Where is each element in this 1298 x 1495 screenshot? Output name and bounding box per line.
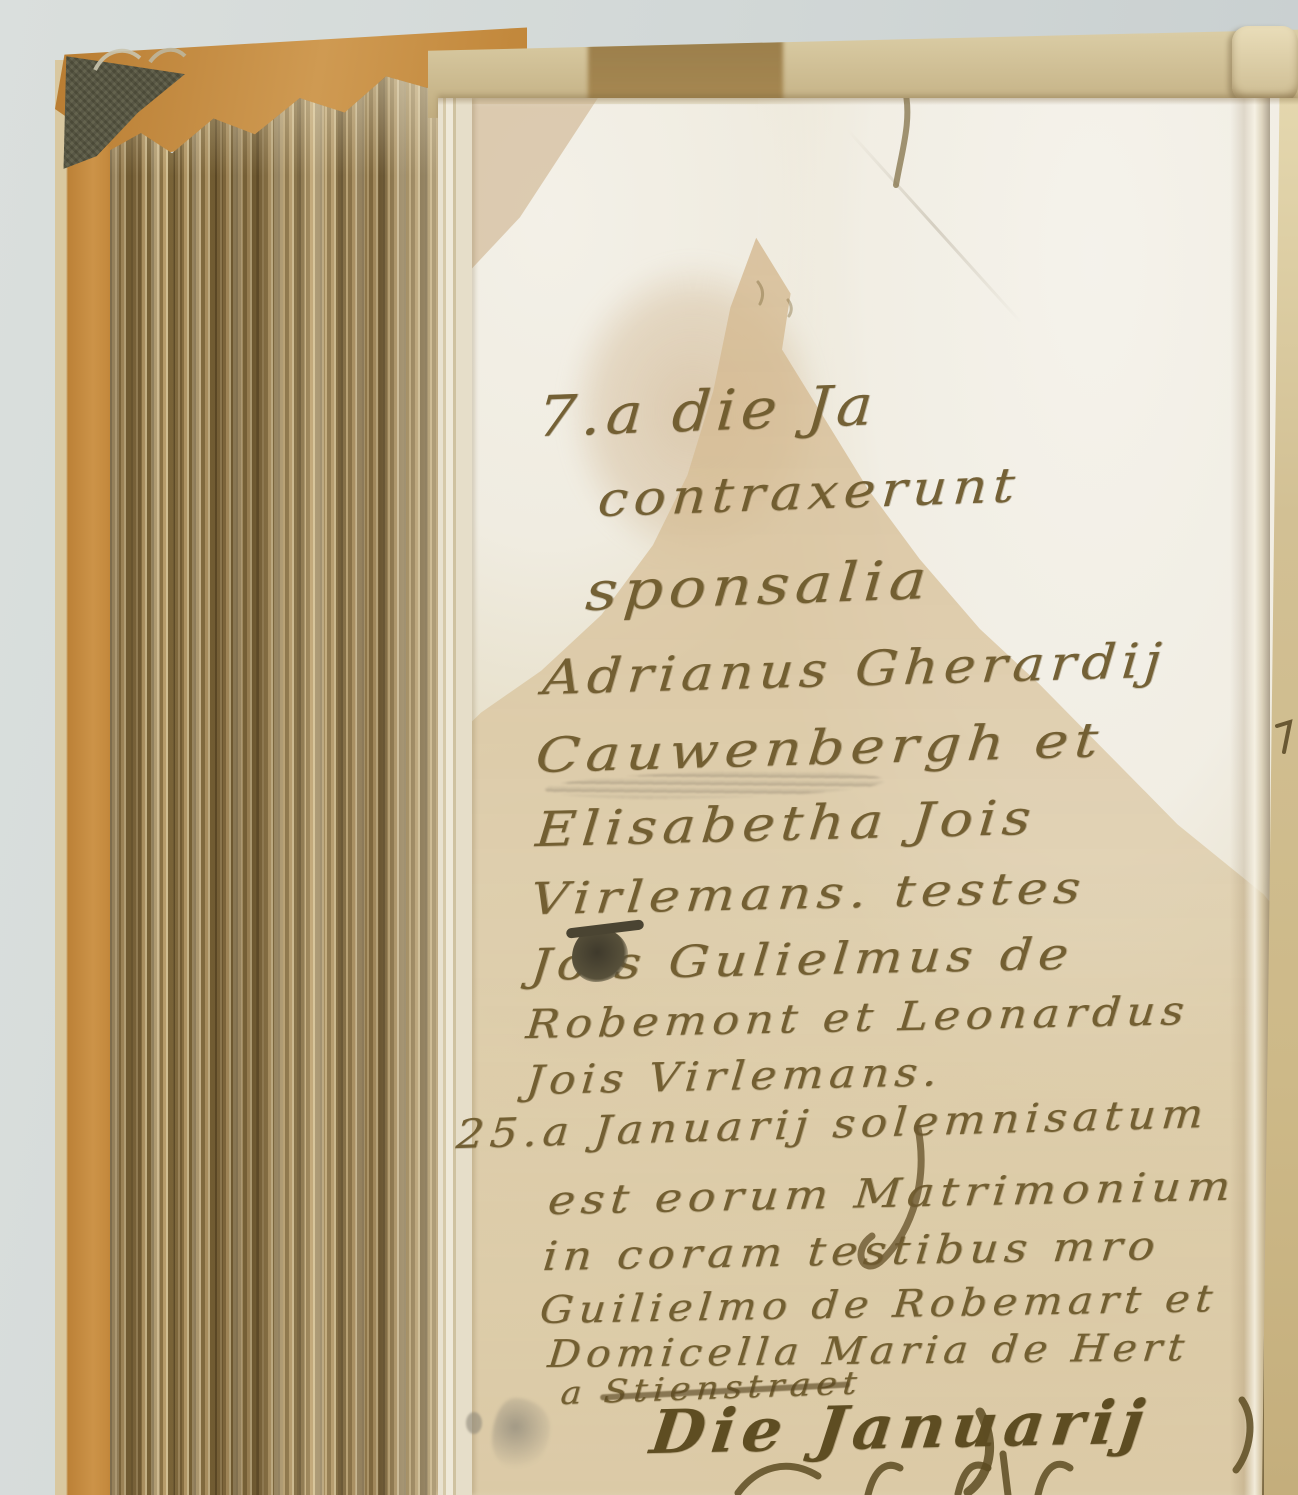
faint-mark — [758, 282, 763, 304]
partial-bottom-line-strokes — [738, 1454, 1070, 1495]
book-cover-left-strip — [55, 60, 117, 1495]
page-edge-stack — [110, 46, 455, 1495]
vellum-dark-patch — [588, 30, 783, 108]
ink-flourishes — [438, 98, 1298, 1495]
descender-flourish — [968, 1412, 990, 1492]
stray-pen-stroke-top — [896, 98, 907, 185]
thread-curl — [150, 50, 185, 62]
manuscript-page: 7.a die Ja contraxerunt sponsalia Adrian… — [438, 98, 1298, 1495]
margin-numeral-stroke — [1277, 722, 1290, 752]
faint-mark — [788, 300, 791, 316]
thread-curl — [95, 51, 140, 70]
photo-of-manuscript-book: 7.a die Ja contraxerunt sponsalia Adrian… — [0, 0, 1298, 1495]
frayed-threads — [60, 28, 220, 88]
ij-tail-flourish — [1236, 1400, 1250, 1470]
descender-loop — [861, 1128, 921, 1266]
vellum-edge-roll — [1232, 26, 1298, 102]
